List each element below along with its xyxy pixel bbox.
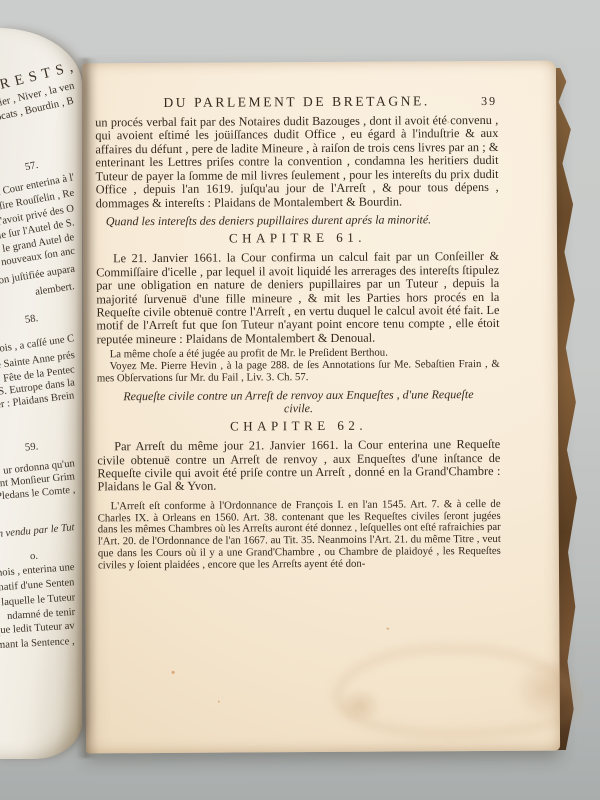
chapter-61-note-2: Voyez Me. Pierre Hevin , à la page 288. … [97,359,500,385]
water-stain-patch [514,658,580,720]
verso-fragment: non vendu par le Tut [0,522,75,541]
chapter-62-heading: CHAPITRE 62. [97,417,500,435]
foxing-spot [172,671,175,674]
verso-fragment: alembert. [35,281,76,298]
foxing-spot [218,701,220,703]
verso-fragment: r laquelle le Tuteur [0,592,75,609]
rubric-chapter-62: Requeſte civile contre un Arreſt de renv… [115,388,482,416]
rubric-chapter-61: Quand les intereſts des deniers pupillai… [96,213,499,228]
verso-fragment: rmatif d'une Senten [0,577,75,594]
chapter-61-heading: CHAPITRE 61. [96,229,499,247]
water-stain-blob [338,688,382,724]
chapter-62-annotation: L'Arreſt eſt conforme à l'Ordonnance de … [98,499,501,572]
verso-fragment: ndamné de tenir [6,607,75,622]
verso-fragment: que ledit Tuteur av [0,621,75,637]
book-photo: DU PARLEMENT DE BRETAGNE. 39 un procés v… [0,0,600,800]
page-number: 39 [481,94,497,109]
text-column: DU PARLEMENT DE BRETAGNE. 39 un procés v… [95,93,501,572]
verso-fragment: 58. [24,313,39,326]
verso-fragment: 57. [24,160,39,173]
paragraph-continuation: un procés verbal fait par des Notaires d… [95,114,499,211]
verso-page-curled: R E S T S , eculier , Niver , la ven s A… [0,28,82,759]
foxing-spot [447,121,449,123]
running-header: DU PARLEMENT DE BRETAGNE. 39 [95,93,498,111]
verso-fragment: mois , enterina une [0,562,75,579]
chapter-62-body: Par Arreſt du même jour 21. Janvier 1661… [97,438,500,494]
verso-fragment: 59. [24,441,38,453]
recto-page: DU PARLEMENT DE BRETAGNE. 39 un procés v… [82,61,560,754]
verso-fragment: o. [30,551,39,563]
gutter-shadow [76,58,98,758]
verso-fragment: mant la Sentence , [0,636,75,651]
running-header-title: DU PARLEMENT DE BRETAGNE. [163,93,430,110]
chapter-61-body: Le 21. Janvier 1661. la Cour confirma un… [96,250,500,347]
foxing-spot [386,628,389,630]
